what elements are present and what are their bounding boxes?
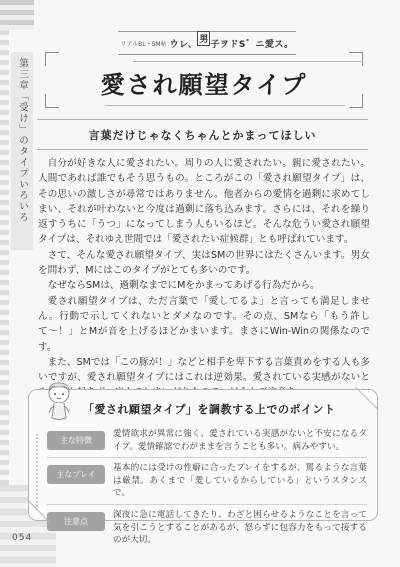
point-row-text: 愛情欲求が異常に強く、愛されている実感がないと不安になるタイプ。愛情確認でわがま…: [113, 428, 367, 453]
chapter-number: 第三章: [17, 58, 28, 91]
body-text: 自分が好きな人に愛されたい。周りの人に愛されたい。親に愛されたい。人間であれば誰…: [38, 156, 370, 401]
point-row-text: 基本的には受けの性癖に合ったプレイをするが、罵るような言葉は厳禁。あくまで「愛し…: [113, 462, 367, 500]
series-logo-post-text: 子ヲドS゛ニ愛ス。: [210, 37, 293, 50]
series-logo-boxed-character: 男: [197, 31, 210, 46]
book-page: 第三章「受け」のタイプいろいろ リアルBL・SM帖 ウレ、 男 子ヲドS゛ニ愛ス…: [0, 0, 400, 567]
point-row-label: 主な特徴: [47, 431, 105, 450]
body-paragraph: なぜならSMは、過剰なまでにMをかまってあげる行為だから。: [38, 278, 370, 293]
point-row-label: 主なプレイ: [47, 465, 105, 484]
body-paragraph: 自分が好きな人に愛されたい。周りの人に愛されたい。親に愛されたい。人間であれば誰…: [38, 156, 370, 248]
corner-bracket-top-right: [349, 52, 363, 66]
page-title: 愛され願望タイプ: [45, 65, 363, 100]
chapter-tab: 第三章「受け」のタイプいろいろ: [11, 52, 33, 250]
point-row-text: 深夜に急に電話してきたり、わざと困らせるようなことを言って気を引こうとすることが…: [113, 509, 367, 547]
page-subtitle: 言葉だけじゃなくちゃんとかまってほしい: [89, 127, 317, 143]
corner-bracket-top-left: [45, 52, 59, 66]
box-dotted-edge: [36, 434, 38, 510]
series-logo-small-text: リアルBL・SM帖: [120, 39, 166, 48]
point-row: 注意点 深夜に急に電話してきたり、わざと困らせるようなことを言って気を引こうとす…: [47, 504, 367, 551]
page-number: 054: [12, 533, 32, 543]
chibi-character-illustration: [41, 380, 77, 422]
top-left-index-stripes: [0, 0, 34, 30]
points-box-title: 「愛され願望タイプ」を調教する上でのポイント: [83, 401, 335, 417]
title-block: 愛され願望タイプ: [45, 52, 363, 108]
chapter-tab-text: 第三章「受け」のタイプいろいろ: [11, 58, 33, 250]
body-paragraph: さて、そんな愛され願望タイプ、実はSMの世界にはたくさんいます。男女を問わず、M…: [38, 248, 370, 279]
title-rule-top: [133, 61, 361, 62]
point-row: 主なプレイ 基本的には受けの性癖に合ったプレイをするが、罵るような言葉は厳禁。あ…: [47, 457, 367, 504]
series-logo-pre-text: ウレ、: [170, 37, 198, 50]
subtitle-band: 言葉だけじゃなくちゃんとかまってほしい: [37, 119, 368, 150]
point-row-label: 注意点: [47, 512, 105, 531]
training-points-box: 「愛され願望タイプ」を調教する上でのポイント 主な特徴 愛情欲求が異常に強く、愛…: [28, 389, 378, 521]
body-paragraph: 愛され願望タイプは、ただ言葉で「愛してるよ」と言っても満足しません。行動で示して…: [38, 294, 370, 355]
point-row: 主な特徴 愛情欲求が異常に強く、愛されている実感がないと不安になるタイプ。愛情確…: [47, 424, 367, 457]
points-box-header: 「愛され願望タイプ」を調教する上でのポイント: [29, 390, 377, 424]
chapter-section-title: 「受け」のタイプいろいろ: [17, 91, 28, 223]
points-box-rows: 主な特徴 愛情欲求が異常に強く、愛されている実感がないと不安になるタイプ。愛情確…: [29, 424, 377, 555]
title-rule-bottom: [105, 105, 345, 106]
left-edge-index-stripes: [0, 0, 9, 567]
